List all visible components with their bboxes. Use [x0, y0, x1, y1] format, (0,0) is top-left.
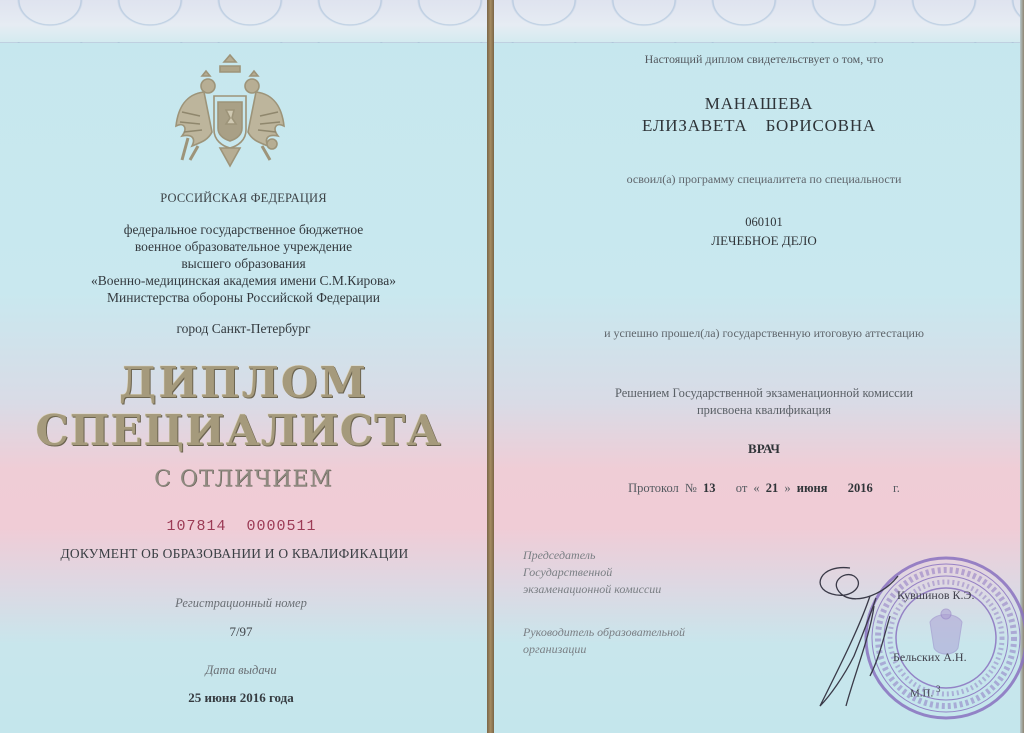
issue-date-label: Дата выдачи [0, 663, 487, 678]
protocol-day: 21 [766, 481, 779, 495]
serial-number: 107814 0000511 [0, 518, 487, 535]
organization-line: высшего образования [0, 255, 487, 272]
coat-of-arms-icon [168, 52, 292, 172]
protocol-label: Протокол № [628, 481, 697, 495]
country-name: РОССИЙСКАЯ ФЕДЕРАЦИЯ [0, 191, 487, 206]
seal-number: 3 [936, 684, 941, 694]
head-of-organization-label: Руководитель образовательной организации [523, 624, 685, 658]
program-text: освоил(а) программу специалитета по спец… [504, 172, 1024, 187]
graduate-given-names: ЕЛИЗАВЕТА БОРИСОВНА [494, 116, 1024, 136]
diploma-left-page: РОССИЙСКАЯ ФЕДЕРАЦИЯ федеральное государ… [0, 0, 487, 733]
graduate-surname: МАНАШЕВА [494, 94, 1024, 114]
honours-label: С ОТЛИЧИЕМ [0, 467, 487, 492]
protocol-open-quote: « [753, 481, 759, 495]
decision-line: присвоена квалификация [504, 402, 1024, 419]
organization-line: федеральное государственное бюджетное [0, 221, 487, 238]
diploma-subtitle: СПЕЦИАЛИСТА [0, 406, 487, 455]
registration-number: 7/97 [0, 624, 487, 640]
document-type: ДОКУМЕНТ ОБ ОБРАЗОВАНИИ И О КВАЛИФИКАЦИИ [0, 546, 487, 562]
organization-line: «Военно-медицинская академия имени С.М.К… [0, 272, 487, 289]
certifies-text: Настоящий диплом свидетельствует о том, … [504, 52, 1024, 67]
protocol-from: от [736, 481, 748, 495]
qualification: ВРАЧ [504, 441, 1024, 457]
registration-number-label: Регистрационный номер [0, 596, 487, 611]
chairman-label-line: экзаменационной комиссии [523, 581, 661, 598]
guilloche-border [0, 0, 487, 43]
decision-line: Решением Государственной экзаменационной… [504, 385, 1024, 402]
chairman-label-line: Председатель [523, 547, 661, 564]
head-label-line: организации [523, 641, 685, 658]
protocol-close-quote: » [784, 481, 790, 495]
attestation-text: и успешно прошел(ла) государственную ито… [504, 326, 1024, 341]
chairman-name: Кувшинов К.Э. [897, 588, 974, 603]
signature-icon [790, 556, 970, 716]
protocol-month: июня [797, 481, 828, 495]
head-label-line: Руководитель образовательной [523, 624, 685, 641]
protocol-year-suffix: г. [893, 481, 900, 495]
head-name: Бельских А.Н. [893, 650, 967, 665]
organization-line: Министерства обороны Российской Федераци… [0, 289, 487, 306]
specialty-code: 060101 [504, 215, 1024, 230]
organization-line: военное образовательное учреждение [0, 238, 487, 255]
specialty-name: ЛЕЧЕБНОЕ ДЕЛО [504, 233, 1024, 249]
diploma-title: ДИПЛОМ [0, 358, 487, 407]
seal-place-label: М.П. 3 [910, 684, 940, 700]
chairman-label: Председатель Государственной экзаменацио… [523, 547, 661, 598]
commission-decision: Решением Государственной экзаменационной… [504, 385, 1024, 419]
city-name: город Санкт-Петербург [0, 321, 487, 337]
seal-place-text: М.П. [910, 688, 933, 700]
organization-name: федеральное государственное бюджетное во… [0, 221, 487, 306]
issue-date: 25 июня 2016 года [0, 690, 487, 706]
guilloche-border [494, 0, 1024, 43]
booklet-spine [487, 0, 494, 733]
chairman-label-line: Государственной [523, 564, 661, 581]
protocol-year: 2016 [848, 481, 873, 495]
protocol-line: Протокол № 13 от « 21 » июня 2016 г. [504, 481, 1024, 496]
protocol-number: 13 [703, 481, 716, 495]
